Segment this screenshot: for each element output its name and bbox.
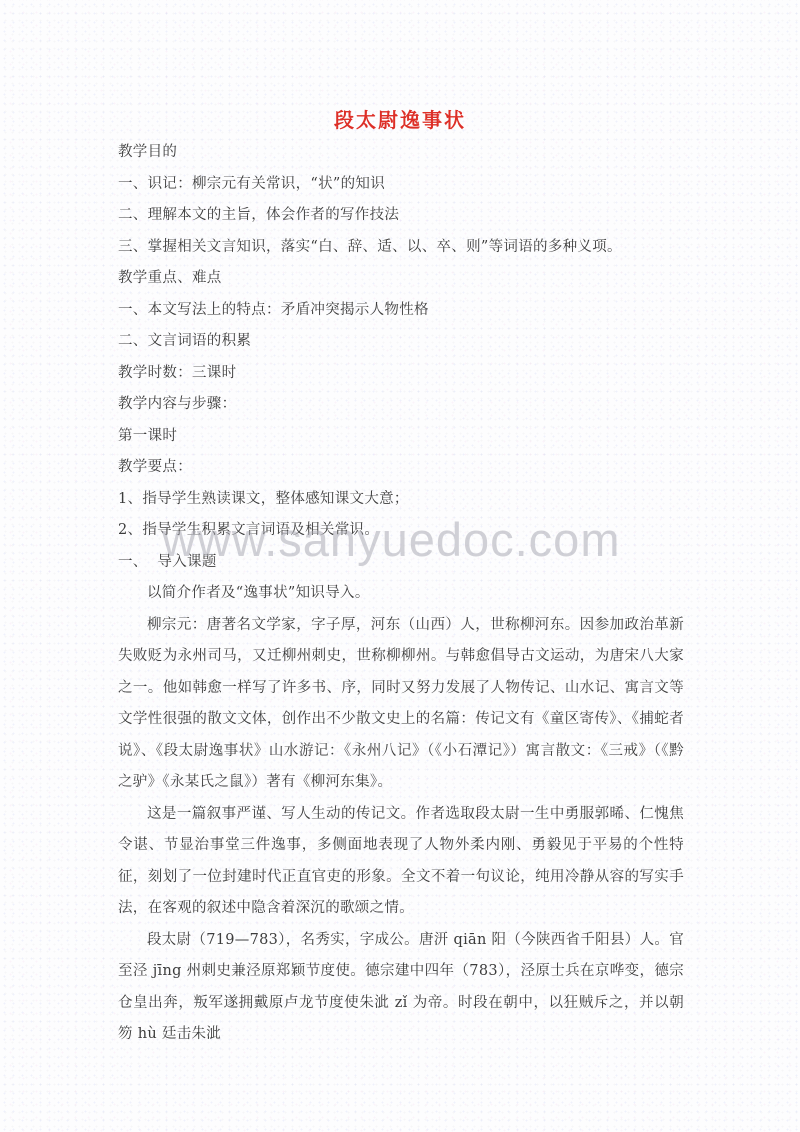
paragraph-duan-taiwei-bio: 段太尉（719—783），名秀实，字成公。唐汧 qiān 阳（今陕西省千阳县）人… xyxy=(118,925,684,1051)
scanned-document-page: { "doc": { "title": "段太尉逸事状", "title_col… xyxy=(0,0,800,1132)
lesson-one-heading: 第一课时 xyxy=(118,421,684,453)
document-body: 教学目的 一、识记：柳宗元有关常识，“状”的知识 二、理解本文的主旨，体会作者的… xyxy=(118,137,684,1051)
paragraph-liuzongyuan-bio: 柳宗元：唐著名文学家，字子厚，河东（山西）人，世称柳河东。因参加政治革新失败贬为… xyxy=(118,610,684,799)
content-steps-heading: 教学内容与步骤： xyxy=(118,389,684,421)
section-one-intro-heading: 一、 导入课题 xyxy=(118,547,684,579)
objective-item-3: 三、掌握相关文言知识，落实“白、辞、适、以、卒、则”等词语的多种义项。 xyxy=(118,232,684,264)
intro-method-line: 以简介作者及“逸事状”知识导入。 xyxy=(118,578,684,610)
key-point-item-2: 二、文言词语的积累 xyxy=(118,326,684,358)
class-hours-line: 教学时数：三课时 xyxy=(118,358,684,390)
paragraph-text-overview: 这是一篇叙事严谨、写人生动的传记文。作者选取段太尉一生中勇服郭晞、仁愧焦令谌、节… xyxy=(118,799,684,925)
objective-item-2: 二、理解本文的主旨，体会作者的写作技法 xyxy=(118,200,684,232)
essential-item-1: 1、指导学生熟读课文，整体感知课文大意； xyxy=(118,484,684,516)
teaching-objective-heading: 教学目的 xyxy=(118,137,684,169)
key-point-item-1: 一、本文写法上的特点：矛盾冲突揭示人物性格 xyxy=(118,295,684,327)
objective-item-1: 一、识记：柳宗元有关常识，“状”的知识 xyxy=(118,169,684,201)
essential-item-2: 2、指导学生积累文言词语及相关常识。 xyxy=(118,515,684,547)
teaching-essentials-heading: 教学要点： xyxy=(118,452,684,484)
page-title: 段太尉逸事状 xyxy=(0,104,800,133)
key-points-heading: 教学重点、难点 xyxy=(118,263,684,295)
